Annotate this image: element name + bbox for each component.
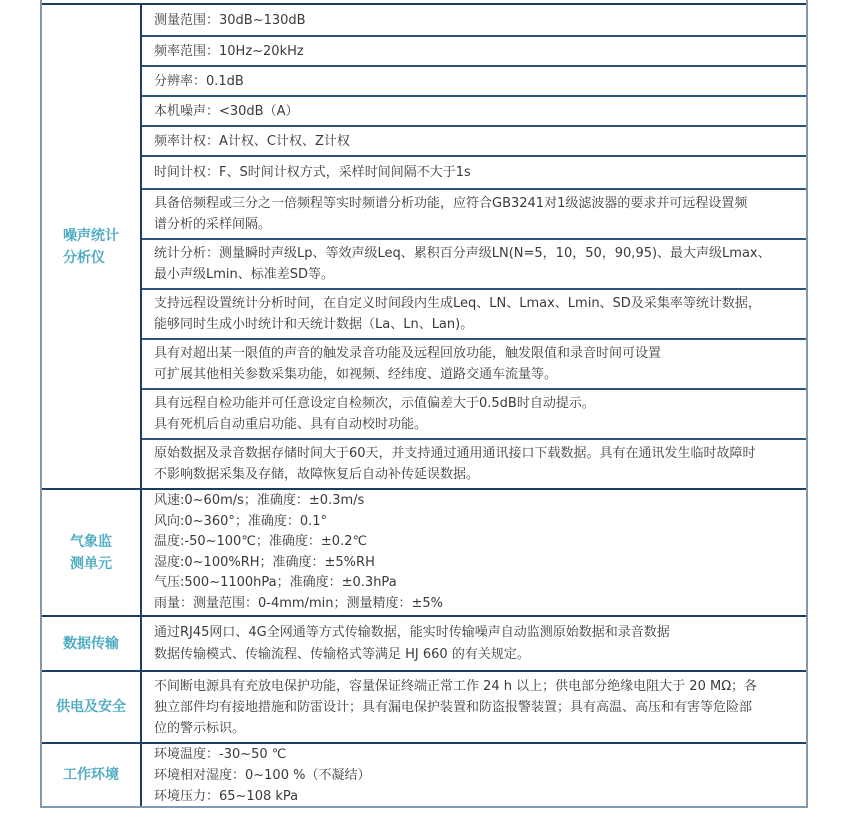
spec-row: 原始数据及录音数据存储时间大于60天，并支持通过通用通讯接口下载数据。具有在通讯…: [142, 438, 806, 488]
spec-text: 通过RJ45网口、4G全网通等方式传输数据，能实时传输噪声自动监测原始数据和录音…: [154, 622, 670, 666]
section-label: 噪声统计 分析仪: [42, 5, 142, 488]
spec-text: 频率计权：A计权、C计权、Z计权: [154, 131, 350, 152]
section-rows: 风速:0~60m/s；准确度：±0.3m/s 风向:0~360°；准确度：0.1…: [142, 490, 806, 615]
spec-row: 不间断电源具有充放电保护功能，容量保证终端正常工作 24 h 以上；供电部分绝缘…: [142, 672, 806, 742]
section-rows: 不间断电源具有充放电保护功能，容量保证终端正常工作 24 h 以上；供电部分绝缘…: [142, 672, 806, 742]
spec-row: 本机噪声：<30dB（A）: [142, 95, 806, 125]
section-2: 数据传输通过RJ45网口、4G全网通等方式传输数据，能实时传输噪声自动监测原始数…: [42, 615, 806, 670]
section-label-text: 供电及安全: [56, 696, 126, 718]
spec-text: 支持远程设置统计分析时间，在自定义时间段内生成Leq、LN、Lmax、Lmin、…: [154, 293, 761, 335]
section-rows: 环境温度：-30~50 ℃ 环境相对湿度：0~100 %（不凝结） 环境压力：6…: [142, 744, 806, 806]
spec-text: 具有远程自检功能并可任意设定自检频次，示值偏差大于0.5dB时自动提示。 具有死…: [154, 393, 595, 435]
section-label-text: 数据传输: [63, 633, 119, 655]
spec-row: 频率计权：A计权、C计权、Z计权: [142, 125, 806, 155]
spec-text: 本机噪声：<30dB（A）: [154, 101, 299, 122]
section-label-text: 气象监 测单元: [70, 531, 112, 575]
spec-row: 具有对超出某一限值的声音的触发录音功能及远程回放功能，触发限值和录音时间可设置 …: [142, 338, 806, 388]
spec-text: 分辨率：0.1dB: [154, 71, 244, 92]
spec-row: 风速:0~60m/s；准确度：±0.3m/s 风向:0~360°；准确度：0.1…: [142, 490, 806, 615]
spec-row: 时间计权：F、S时间计权方式，采样时间间隔不大于1s: [142, 155, 806, 188]
section-rows: 测量范围：30dB~130dB频率范围：10Hz~20kHz分辨率：0.1dB本…: [142, 5, 806, 488]
section-label-text: 噪声统计 分析仪: [63, 225, 119, 269]
spec-row: 统计分析：测量瞬时声级Lp、等效声级Leq、累积百分声级LN(N=5，10，50…: [142, 238, 806, 288]
spec-row: 环境温度：-30~50 ℃ 环境相对湿度：0~100 %（不凝结） 环境压力：6…: [142, 744, 806, 806]
spec-text: 原始数据及录音数据存储时间大于60天，并支持通过通用通讯接口下载数据。具有在通讯…: [154, 443, 756, 485]
spec-row: 频率范围：10Hz~20kHz: [142, 35, 806, 65]
spec-text: 统计分析：测量瞬时声级Lp、等效声级Leq、累积百分声级LN(N=5，10，50…: [154, 243, 771, 285]
spec-text: 风速:0~60m/s；准确度：±0.3m/s 风向:0~360°；准确度：0.1…: [154, 491, 443, 614]
section-label: 数据传输: [42, 617, 142, 670]
spec-row: 分辨率：0.1dB: [142, 65, 806, 95]
spec-text: 频率范围：10Hz~20kHz: [154, 41, 304, 62]
section-label: 工作环境: [42, 744, 142, 806]
section-4: 工作环境环境温度：-30~50 ℃ 环境相对湿度：0~100 %（不凝结） 环境…: [42, 742, 806, 806]
spec-table: 噪声统计 分析仪测量范围：30dB~130dB频率范围：10Hz~20kHz分辨…: [40, 0, 808, 808]
section-label-text: 工作环境: [63, 764, 119, 786]
spec-row: 测量范围：30dB~130dB: [142, 5, 806, 35]
spec-row: 具有远程自检功能并可任意设定自检频次，示值偏差大于0.5dB时自动提示。 具有死…: [142, 388, 806, 438]
spec-text: 不间断电源具有充放电保护功能，容量保证终端正常工作 24 h 以上；供电部分绝缘…: [154, 676, 757, 739]
spec-text: 环境温度：-30~50 ℃ 环境相对湿度：0~100 %（不凝结） 环境压力：6…: [154, 744, 370, 806]
section-1: 气象监 测单元风速:0~60m/s；准确度：±0.3m/s 风向:0~360°；…: [42, 488, 806, 615]
spec-row: 支持远程设置统计分析时间，在自定义时间段内生成Leq、LN、Lmax、Lmin、…: [142, 288, 806, 338]
spec-table-body: 噪声统计 分析仪测量范围：30dB~130dB频率范围：10Hz~20kHz分辨…: [42, 3, 806, 806]
section-3: 供电及安全不间断电源具有充放电保护功能，容量保证终端正常工作 24 h 以上；供…: [42, 670, 806, 742]
section-label: 气象监 测单元: [42, 490, 142, 615]
spec-text: 具有对超出某一限值的声音的触发录音功能及远程回放功能，触发限值和录音时间可设置 …: [154, 343, 661, 385]
section-0: 噪声统计 分析仪测量范围：30dB~130dB频率范围：10Hz~20kHz分辨…: [42, 3, 806, 488]
spec-row: 通过RJ45网口、4G全网通等方式传输数据，能实时传输噪声自动监测原始数据和录音…: [142, 617, 806, 670]
section-rows: 通过RJ45网口、4G全网通等方式传输数据，能实时传输噪声自动监测原始数据和录音…: [142, 617, 806, 670]
spec-text: 测量范围：30dB~130dB: [154, 10, 306, 31]
spec-text: 具备倍频程或三分之一倍频程等实时频谱分析功能，应符合GB3241对1级滤波器的要…: [154, 193, 747, 235]
spec-row: 具备倍频程或三分之一倍频程等实时频谱分析功能，应符合GB3241对1级滤波器的要…: [142, 188, 806, 238]
spec-text: 时间计权：F、S时间计权方式，采样时间间隔不大于1s: [154, 162, 471, 183]
section-label: 供电及安全: [42, 672, 142, 742]
